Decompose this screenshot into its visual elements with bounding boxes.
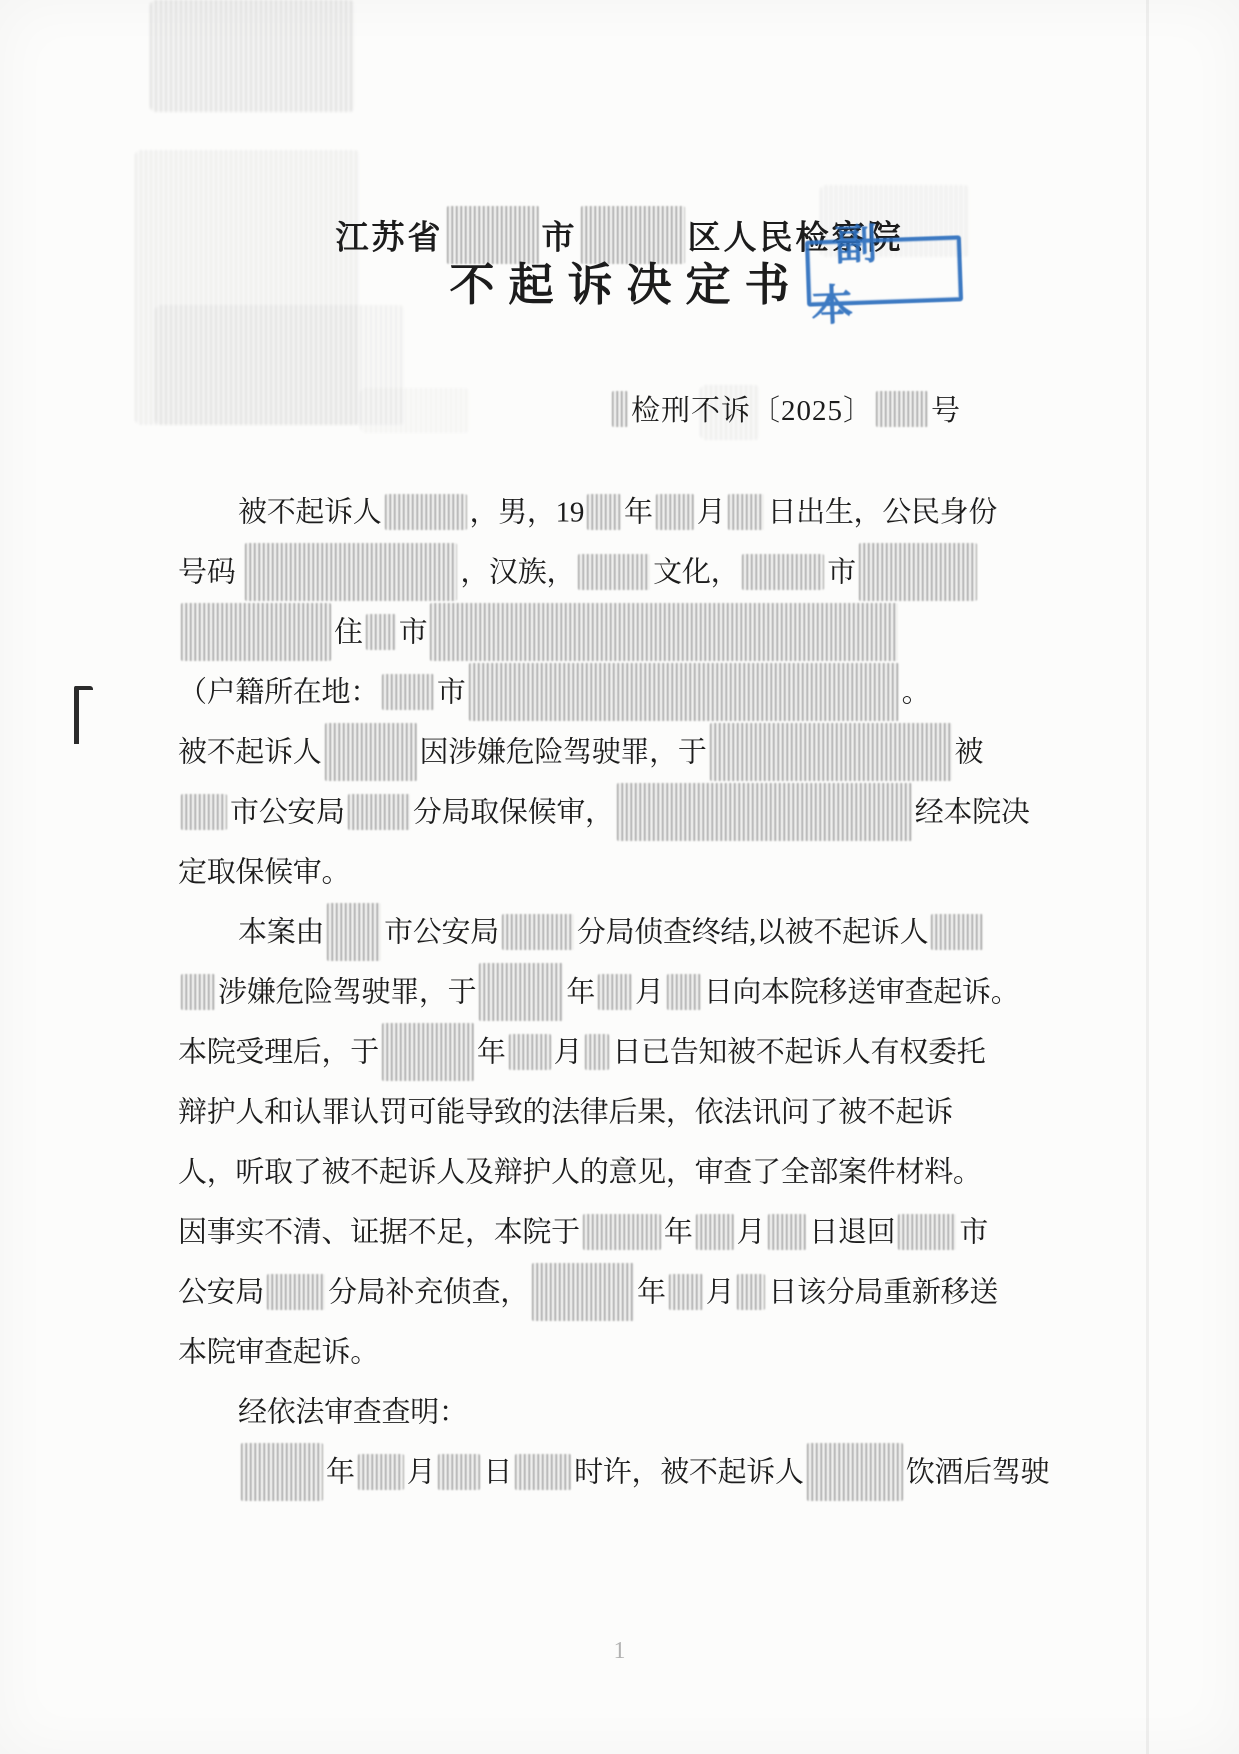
text-run: 日 xyxy=(483,1456,512,1488)
redacted-text xyxy=(327,903,381,961)
text-run: 被不起诉人 xyxy=(178,736,322,768)
redacted-text xyxy=(585,1034,609,1070)
text-run: 分局取保候审， xyxy=(413,796,614,828)
text-run: 本院受理后，于 xyxy=(178,1036,379,1068)
body-line: 因事实不清、证据不足，本院于年月日退回市 xyxy=(178,1200,978,1260)
text-run: 年 xyxy=(664,1216,693,1248)
text-run: 年 xyxy=(566,976,595,1008)
body-line: 年月日时许，被不起诉人饮酒后驾驶 xyxy=(178,1440,978,1500)
body-line: 号码 ，汉族，文化，市 xyxy=(178,540,978,600)
body-line: 本院审查起诉。 xyxy=(178,1320,978,1380)
text-run: 日退回 xyxy=(809,1216,895,1248)
text-run: 因事实不清、证据不足，本院于 xyxy=(178,1216,580,1248)
text-run: 市 xyxy=(399,616,428,648)
text-run: 月 xyxy=(635,976,664,1008)
text-run: 号 xyxy=(931,395,961,427)
redacted-text xyxy=(245,543,457,601)
body-line: 被不起诉人因涉嫌危险驾驶罪，于被 xyxy=(178,720,978,780)
redacted-text xyxy=(598,974,632,1010)
copy-stamp-label: 副本 xyxy=(808,208,960,333)
redacted-text xyxy=(181,794,227,830)
text-run: 人，听取了被不起诉人及辩护人的意见，审查了全部案件材料。 xyxy=(178,1156,982,1188)
text-run: 号码 xyxy=(178,556,242,588)
text-run: 经依法审查查明： xyxy=(238,1396,468,1428)
redacted-text xyxy=(181,603,331,661)
body-line: 定取保候审。 xyxy=(178,840,978,900)
redacted-text xyxy=(656,494,694,530)
body-line: 本院受理后，于年月日已告知被不起诉人有权委托 xyxy=(178,1020,978,1080)
redacted-text xyxy=(710,723,952,781)
body-line: 辩护人和认罪认罚可能导致的法律后果，依法讯问了被不起诉 xyxy=(178,1080,978,1140)
text-run: 因涉嫌危险驾驶罪，于 xyxy=(420,736,707,768)
redacted-text xyxy=(728,494,764,530)
redacted-text xyxy=(479,963,563,1021)
text-run: 日向本院移送审查起诉。 xyxy=(704,976,1020,1008)
document-page: 江苏省市区人民检察院 不起诉决定书 副本 检刑不诉〔2025〕号 被不起诉人，男… xyxy=(0,0,1239,1754)
page-number: 1 xyxy=(0,1638,1239,1665)
text-run: 年 xyxy=(624,496,653,528)
text-run: 市 xyxy=(437,676,466,708)
text-run: 市公安局 xyxy=(230,796,345,828)
text-run: 月 xyxy=(554,1036,583,1068)
text-run: 日该分局重新移送 xyxy=(768,1276,998,1308)
redacted-text xyxy=(612,391,628,427)
text-run: 本院审查起诉。 xyxy=(178,1336,379,1368)
text-run: 本案由 xyxy=(238,916,324,948)
text-run: 。 xyxy=(902,676,931,708)
case-number: 检刑不诉〔2025〕号 xyxy=(609,388,961,429)
redacted-text xyxy=(898,1214,956,1250)
scan-smudge xyxy=(360,388,470,433)
redacted-text xyxy=(358,1454,404,1490)
redacted-text xyxy=(931,914,983,950)
text-run: ，男，19 xyxy=(470,496,585,528)
text-run: 检刑不诉〔2025〕 xyxy=(631,395,873,427)
redacted-text xyxy=(669,1274,703,1310)
redacted-text xyxy=(267,1274,325,1310)
copy-stamp: 副本 xyxy=(805,235,963,306)
body-line: 市公安局分局取保候审，经本院决 xyxy=(178,780,978,840)
text-run: 月 xyxy=(697,496,726,528)
body-line: 被不起诉人，男，19年月日出生，公民身份 xyxy=(178,480,978,540)
text-run: 涉嫌危险驾驶罪，于 xyxy=(218,976,476,1008)
redacted-text xyxy=(768,1214,806,1250)
text-run: 定取保候审。 xyxy=(178,856,350,888)
document-title: 不起诉决定书 xyxy=(0,248,1239,313)
redacted-text xyxy=(737,1274,765,1310)
scan-smudge xyxy=(155,305,405,425)
redacted-text xyxy=(385,494,467,530)
text-run: 市 xyxy=(827,556,856,588)
redacted-text xyxy=(859,543,977,601)
document-body: 被不起诉人，男，19年月日出生，公民身份号码 ，汉族，文化，市住市（户籍所在地：… xyxy=(178,480,978,1500)
redacted-text xyxy=(583,1214,661,1250)
text-run: 月 xyxy=(407,1456,436,1488)
redacted-text xyxy=(617,783,912,841)
redacted-text xyxy=(515,1454,571,1490)
body-line: 涉嫌危险驾驶罪，于年月日向本院移送审查起诉。 xyxy=(178,960,978,1020)
text-run: 日出生，公民身份 xyxy=(767,496,997,528)
redacted-text xyxy=(807,1443,903,1501)
redacted-text xyxy=(181,974,215,1010)
body-line: 经依法审查查明： xyxy=(178,1380,978,1440)
redacted-text xyxy=(348,794,410,830)
text-run: 市公安局 xyxy=(384,916,499,948)
redacted-text xyxy=(382,674,434,710)
text-run: 日已告知被不起诉人有权委托 xyxy=(612,1036,985,1068)
redacted-text xyxy=(696,1214,734,1250)
text-run: 年 xyxy=(637,1276,666,1308)
redacted-text xyxy=(469,663,899,721)
text-run: 文化， xyxy=(653,556,739,588)
redacted-text xyxy=(578,554,650,590)
body-line: 住市 xyxy=(178,600,978,660)
body-line: 公安局分局补充侦查，年月日该分局重新移送 xyxy=(178,1260,978,1320)
body-line: 人，听取了被不起诉人及辩护人的意见，审查了全部案件材料。 xyxy=(178,1140,978,1200)
redacted-text xyxy=(509,1034,551,1070)
redacted-text xyxy=(667,974,701,1010)
redacted-text xyxy=(382,1023,474,1081)
text-run: 年 xyxy=(326,1456,355,1488)
redacted-text xyxy=(366,614,396,650)
text-run: 公安局 xyxy=(178,1276,264,1308)
text-run: 被不起诉人 xyxy=(238,496,382,528)
redacted-text xyxy=(532,1263,634,1321)
redacted-text xyxy=(325,723,417,781)
body-line: （户籍所在地：市。 xyxy=(178,660,978,720)
redacted-text xyxy=(438,1454,480,1490)
redacted-text xyxy=(876,391,928,427)
text-run: （户籍所在地： xyxy=(178,676,379,708)
redacted-text xyxy=(742,554,824,590)
text-run: 分局侦查终结,以被不起诉人 xyxy=(577,916,928,948)
text-run: 年 xyxy=(477,1036,506,1068)
redacted-text xyxy=(430,603,898,661)
text-run: 分局补充侦查， xyxy=(328,1276,529,1308)
body-line: 本案由市公安局分局侦查终结,以被不起诉人 xyxy=(178,900,978,960)
text-run: 被 xyxy=(955,736,984,768)
text-run: 市 xyxy=(959,1216,988,1248)
text-run: 时许，被不起诉人 xyxy=(574,1456,804,1488)
redacted-text xyxy=(241,1443,323,1501)
binding-mark xyxy=(74,686,93,744)
redacted-text xyxy=(502,914,574,950)
redacted-text xyxy=(587,494,621,530)
text-run: 住 xyxy=(334,616,363,648)
text-run: 月 xyxy=(706,1276,735,1308)
text-run: 辩护人和认罪认罚可能导致的法律后果，依法讯问了被不起诉 xyxy=(178,1096,953,1128)
text-run: 月 xyxy=(737,1216,766,1248)
text-run: 饮酒后驾驶 xyxy=(906,1456,1050,1488)
text-run: ，汉族， xyxy=(460,556,575,588)
text-run: 经本院决 xyxy=(915,796,1030,828)
scan-smudge xyxy=(150,0,355,112)
